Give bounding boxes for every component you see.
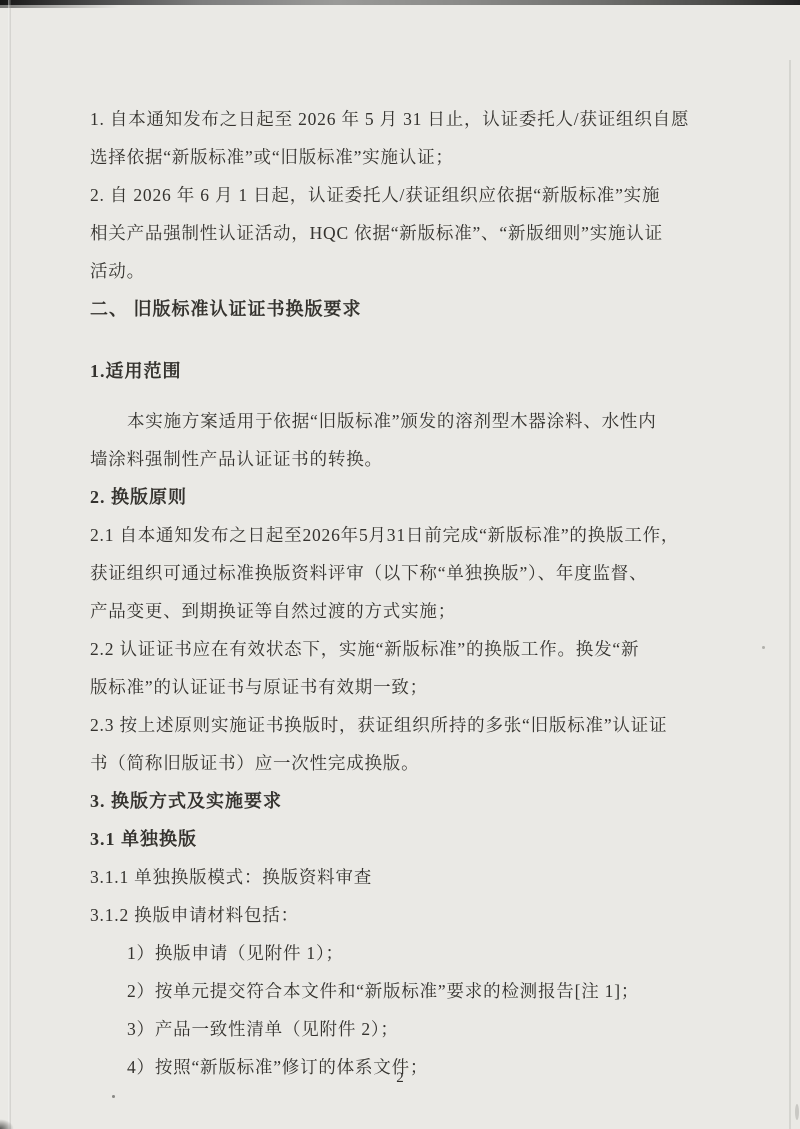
text-line: 产品变更、到期换证等自然过渡的方式实施； <box>90 592 724 630</box>
text-line: 书（简称旧版证书）应一次性完成换版。 <box>90 744 724 782</box>
scan-edge-top <box>0 0 800 5</box>
text-line: 版标准”的认证证书与原证书有效期一致； <box>90 668 724 706</box>
text-line: 2.3 按上述原则实施证书换版时，获证组织所持的多张“旧版标准”认证证 <box>90 706 724 744</box>
text-line: 获证组织可通过标准换版资料评审（以下称“单独换版”）、年度监督、 <box>90 554 724 592</box>
text-line: 3.1.2 换版申请材料包括： <box>90 896 724 934</box>
text-line: 墙涂料强制性产品认证证书的转换。 <box>90 440 724 478</box>
scan-speck <box>112 1095 115 1098</box>
scanned-document-page: 1. 自本通知发布之日起至 2026 年 5 月 31 日止，认证委托人/获证组… <box>0 0 800 1129</box>
scan-speck <box>762 646 765 649</box>
paper-crease-right <box>789 60 791 1129</box>
heading-line: 3. 换版方式及实施要求 <box>90 782 724 820</box>
document-body: 1. 自本通知发布之日起至 2026 年 5 月 31 日止，认证委托人/获证组… <box>90 100 724 1086</box>
text-line: 1）换版申请（见附件 1）； <box>90 934 724 972</box>
scan-corner-mark <box>0 1119 14 1129</box>
text-line: 1. 自本通知发布之日起至 2026 年 5 月 31 日止，认证委托人/获证组… <box>90 100 724 138</box>
text-line: 相关产品强制性认证活动，HQC 依据“新版标准”、“新版细则”实施认证 <box>90 214 724 252</box>
text-line: 2.1 自本通知发布之日起至2026年5月31日前完成“新版标准”的换版工作， <box>90 516 724 554</box>
text-line: 3）产品一致性清单（见附件 2）； <box>90 1010 724 1048</box>
heading-line: 2. 换版原则 <box>90 478 724 516</box>
paper-crease-left <box>8 0 11 1129</box>
text-line: 3.1.1 单独换版模式：换版资料审查 <box>90 858 724 896</box>
text-line: 本实施方案适用于依据“旧版标准”颁发的溶剂型木器涂料、水性内 <box>90 402 724 440</box>
heading-line: 1.适用范围 <box>90 352 724 390</box>
text-line: 2.2 认证证书应在有效状态下，实施“新版标准”的换版工作。换发“新 <box>90 630 724 668</box>
heading-line: 二、 旧版标准认证证书换版要求 <box>90 290 724 328</box>
text-line: 选择依据“新版标准”或“旧版标准”实施认证； <box>90 138 724 176</box>
text-line: 2. 自 2026 年 6 月 1 日起，认证委托人/获证组织应依据“新版标准”… <box>90 176 724 214</box>
text-line: 活动。 <box>90 252 724 290</box>
page-number: 2 <box>0 1070 800 1087</box>
text-line: 2）按单元提交符合本文件和“新版标准”要求的检测报告[注 1]； <box>90 972 724 1010</box>
scan-speck <box>795 1104 799 1120</box>
heading-line: 3.1 单独换版 <box>90 820 724 858</box>
